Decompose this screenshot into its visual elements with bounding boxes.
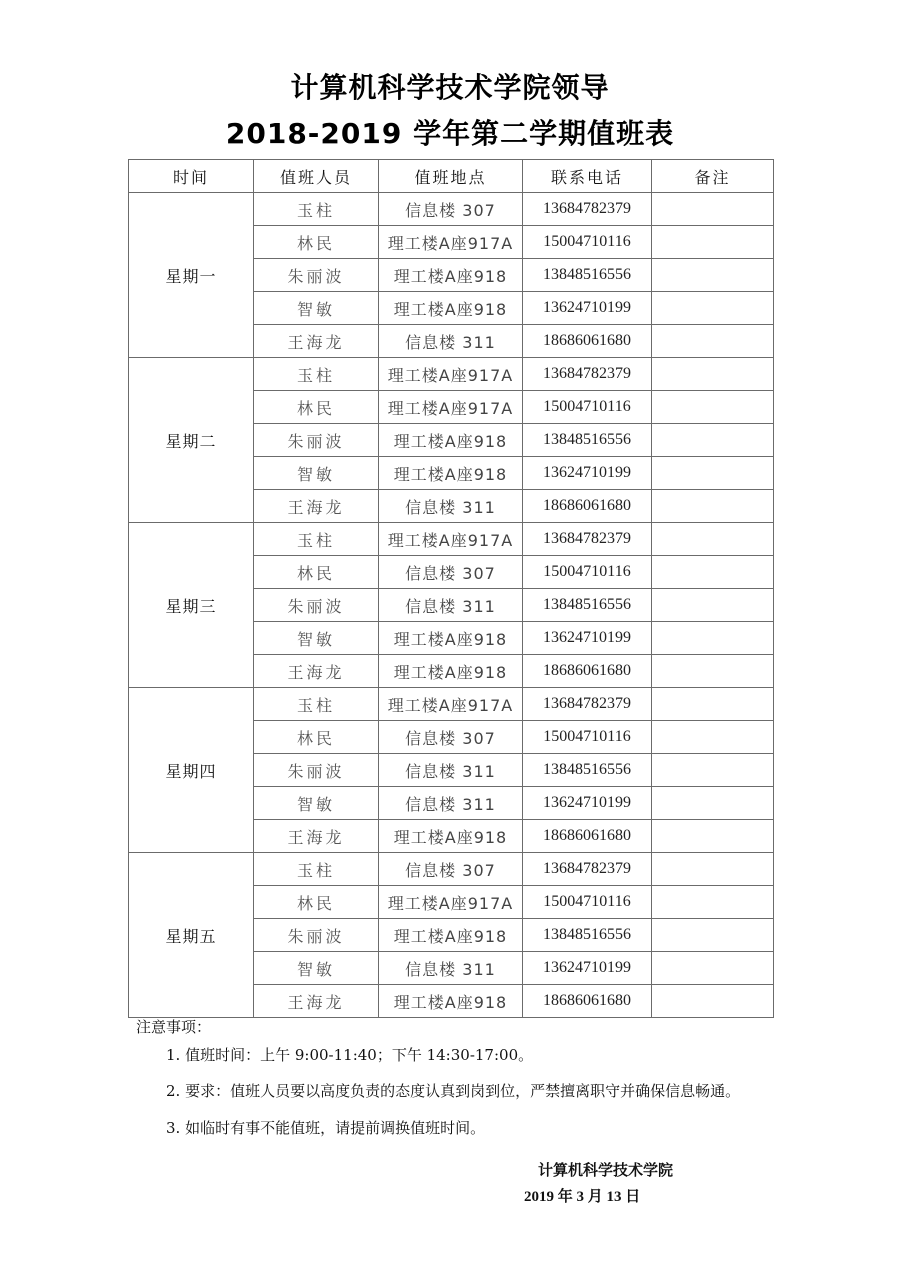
person-cell: 朱丽波 [254,919,379,952]
location-cell: 信息楼 307 [379,721,523,754]
phone-cell: 13624710199 [523,622,652,655]
phone-cell: 18686061680 [523,325,652,358]
notes-title: 注意事项： [136,1016,211,1038]
person-cell: 朱丽波 [254,589,379,622]
day-cell: 星期四 [129,688,254,853]
phone-cell: 13684782379 [523,358,652,391]
note-cell [652,655,774,688]
note-cell [652,952,774,985]
document-title: 计算机科学技术学院领导 [0,70,900,106]
location-cell: 信息楼 311 [379,490,523,523]
phone-cell: 13848516556 [523,589,652,622]
note-cell [652,490,774,523]
table-row: 星期四玉柱理工楼A座917A13684782379 [129,688,774,721]
note-cell [652,985,774,1018]
location-cell: 理工楼A座918 [379,985,523,1018]
phone-cell: 15004710116 [523,391,652,424]
phone-cell: 15004710116 [523,886,652,919]
table-body: 星期一玉柱信息楼 30713684782379林民理工楼A座917A150047… [129,193,774,1018]
note-cell [652,556,774,589]
phone-cell: 15004710116 [523,226,652,259]
note-cell [652,589,774,622]
note-cell [652,358,774,391]
person-cell: 王海龙 [254,655,379,688]
person-cell: 朱丽波 [254,259,379,292]
note-cell [652,193,774,226]
note-cell [652,688,774,721]
location-cell: 理工楼A座918 [379,424,523,457]
phone-cell: 18686061680 [523,985,652,1018]
header-time: 时间 [129,160,254,193]
note-cell [652,721,774,754]
location-cell: 理工楼A座917A [379,226,523,259]
table-row: 星期一玉柱信息楼 30713684782379 [129,193,774,226]
note-cell [652,919,774,952]
notes-section: 注意事项： 1. 值班时间：上午 9:00-11:40；下午 14:30-17:… [136,1016,211,1038]
location-cell: 信息楼 311 [379,787,523,820]
note-cell [652,424,774,457]
location-cell: 理工楼A座917A [379,358,523,391]
person-cell: 林民 [254,721,379,754]
phone-cell: 13684782379 [523,688,652,721]
location-cell: 理工楼A座918 [379,259,523,292]
person-cell: 林民 [254,391,379,424]
person-cell: 玉柱 [254,193,379,226]
note-cell [652,391,774,424]
phone-cell: 13684782379 [523,193,652,226]
day-cell: 星期三 [129,523,254,688]
phone-cell: 13684782379 [523,523,652,556]
phone-cell: 15004710116 [523,721,652,754]
location-cell: 理工楼A座918 [379,655,523,688]
note-item: 2. 要求：值班人员要以高度负责的态度认真到岗到位，严禁擅离职守并确保信息畅通。 [166,1080,740,1101]
note-cell [652,457,774,490]
person-cell: 王海龙 [254,820,379,853]
phone-cell: 15004710116 [523,556,652,589]
location-cell: 信息楼 307 [379,556,523,589]
phone-cell: 18686061680 [523,490,652,523]
phone-cell: 13848516556 [523,424,652,457]
note-cell [652,853,774,886]
location-cell: 信息楼 307 [379,853,523,886]
phone-cell: 13684782379 [523,853,652,886]
note-cell [652,259,774,292]
person-cell: 智敏 [254,952,379,985]
phone-cell: 13848516556 [523,754,652,787]
person-cell: 林民 [254,886,379,919]
signature-organization: 计算机科学技术学院 [538,1159,673,1180]
day-cell: 星期二 [129,358,254,523]
note-cell [652,886,774,919]
location-cell: 理工楼A座917A [379,886,523,919]
note-item: 3. 如临时有事不能值班，请提前调换值班时间。 [166,1117,485,1138]
duty-schedule-table: 时间 值班人员 值班地点 联系电话 备注 星期一玉柱信息楼 3071368478… [128,159,774,1018]
note-cell [652,523,774,556]
location-cell: 理工楼A座918 [379,919,523,952]
location-cell: 理工楼A座918 [379,622,523,655]
person-cell: 玉柱 [254,853,379,886]
location-cell: 理工楼A座917A [379,688,523,721]
phone-cell: 18686061680 [523,820,652,853]
person-cell: 智敏 [254,787,379,820]
person-cell: 王海龙 [254,325,379,358]
phone-cell: 13848516556 [523,919,652,952]
location-cell: 理工楼A座917A [379,391,523,424]
phone-cell: 13624710199 [523,292,652,325]
header-phone: 联系电话 [523,160,652,193]
note-cell [652,820,774,853]
location-cell: 信息楼 311 [379,952,523,985]
header-person: 值班人员 [254,160,379,193]
person-cell: 林民 [254,556,379,589]
location-cell: 理工楼A座918 [379,292,523,325]
location-cell: 理工楼A座918 [379,457,523,490]
location-cell: 信息楼 311 [379,325,523,358]
note-cell [652,787,774,820]
phone-cell: 13848516556 [523,259,652,292]
phone-cell: 13624710199 [523,787,652,820]
person-cell: 王海龙 [254,985,379,1018]
person-cell: 玉柱 [254,358,379,391]
note-cell [652,622,774,655]
person-cell: 林民 [254,226,379,259]
phone-cell: 18686061680 [523,655,652,688]
location-cell: 信息楼 311 [379,589,523,622]
person-cell: 智敏 [254,622,379,655]
note-cell [652,292,774,325]
table-row: 星期五玉柱信息楼 30713684782379 [129,853,774,886]
location-cell: 信息楼 311 [379,754,523,787]
header-note: 备注 [652,160,774,193]
phone-cell: 13624710199 [523,457,652,490]
document-subtitle: 2018-2019 学年第二学期值班表 [0,116,900,152]
person-cell: 智敏 [254,457,379,490]
location-cell: 理工楼A座918 [379,820,523,853]
person-cell: 朱丽波 [254,754,379,787]
phone-cell: 13624710199 [523,952,652,985]
header-location: 值班地点 [379,160,523,193]
person-cell: 朱丽波 [254,424,379,457]
note-cell [652,226,774,259]
day-cell: 星期五 [129,853,254,1018]
person-cell: 智敏 [254,292,379,325]
person-cell: 玉柱 [254,688,379,721]
location-cell: 信息楼 307 [379,193,523,226]
person-cell: 王海龙 [254,490,379,523]
note-item: 1. 值班时间：上午 9:00-11:40；下午 14:30-17:00。 [166,1044,533,1065]
note-cell [652,325,774,358]
person-cell: 玉柱 [254,523,379,556]
location-cell: 理工楼A座917A [379,523,523,556]
day-cell: 星期一 [129,193,254,358]
table-row: 星期二玉柱理工楼A座917A13684782379 [129,358,774,391]
table-header-row: 时间 值班人员 值班地点 联系电话 备注 [129,160,774,193]
table-row: 星期三玉柱理工楼A座917A13684782379 [129,523,774,556]
note-cell [652,754,774,787]
signature-date: 2019 年 3 月 13 日 [524,1185,640,1206]
